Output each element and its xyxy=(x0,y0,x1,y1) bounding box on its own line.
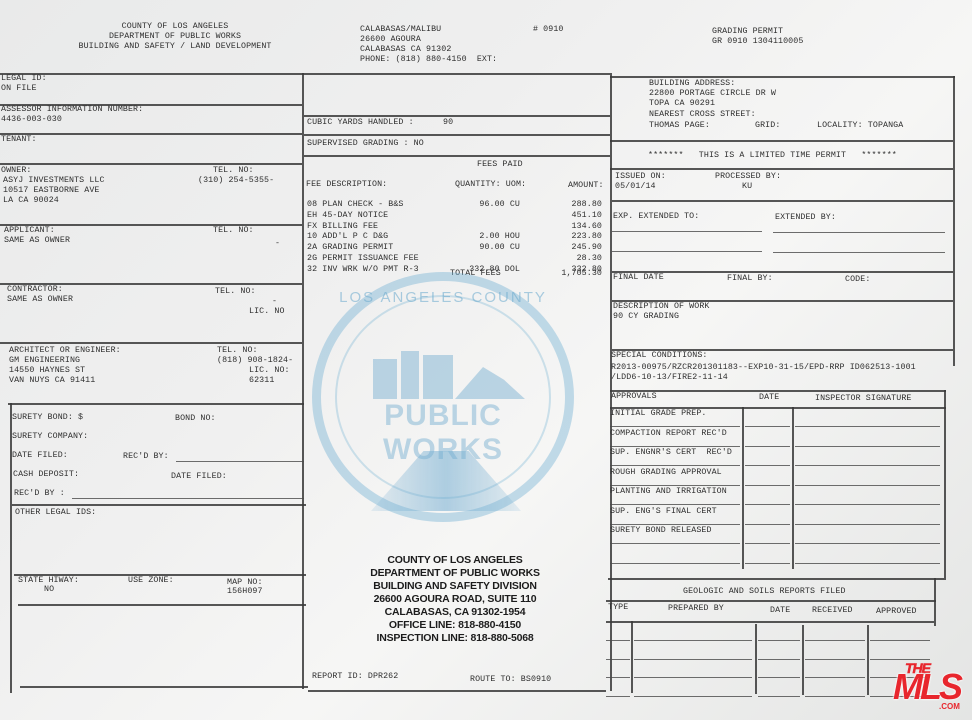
limited-time-notice: ******* THIS IS A LIMITED TIME PERMIT **… xyxy=(648,151,897,161)
architect-line-3: VAN NUYS CA 91411 xyxy=(9,376,95,386)
building-address-line-1: 22800 PORTAGE CIRCLE DR W xyxy=(649,89,776,99)
owner-tel-label: TEL. NO: xyxy=(213,166,254,176)
building-address-label: BUILDING ADDRESS: xyxy=(649,79,735,89)
architect-label: ARCHITECT OR ENGINEER: xyxy=(9,346,121,356)
office-line-2: 26600 AGOURA xyxy=(360,35,421,45)
description-of-work-value: 90 CY GRADING xyxy=(613,312,679,322)
fee-header-quantity: QUANTITY: UOM: xyxy=(455,180,526,190)
soils-row-line xyxy=(634,659,752,660)
exp-extended-label: EXP. EXTENDED TO: xyxy=(613,212,699,222)
fee-amount: 223.80 xyxy=(520,232,602,242)
inspector-signature-header: INSPECTOR SIGNATURE xyxy=(815,394,912,404)
grid-label: GRID: xyxy=(755,121,780,131)
seal-ring-text: LOS ANGELES COUNTY xyxy=(321,289,565,306)
cubic-yards-value: 90 xyxy=(443,118,453,128)
fee-amount: 28.30 xyxy=(520,254,602,264)
office-block-line-2: DEPARTMENT OF PUBLIC WORKS xyxy=(310,567,600,581)
surety-company-label: SURETY COMPANY: xyxy=(12,432,88,442)
assessor-value: 4436-003-030 xyxy=(1,115,62,125)
soils-row-line xyxy=(634,696,752,697)
architect-lic: 62311 xyxy=(249,376,274,386)
fee-amount: 134.60 xyxy=(520,222,602,232)
total-fees-value: 1,705.30 xyxy=(520,269,602,279)
date-filed-label: DATE FILED: xyxy=(12,451,68,461)
soils-date-header: DATE xyxy=(770,606,790,616)
fee-header-amount: AMOUNT: xyxy=(568,181,604,191)
contractor-lic-label: LIC. NO xyxy=(249,307,285,317)
soils-row-line xyxy=(606,696,630,697)
fee-header-description: FEE DESCRIPTION: xyxy=(306,180,387,190)
soils-row-line xyxy=(805,659,865,660)
fee-quantity: 90.00 CU xyxy=(440,243,520,253)
office-block-line-5: CALABASAS, CA 91302-1954 xyxy=(310,606,600,620)
approval-label: SUP. ENG'S FINAL CERT xyxy=(610,507,717,517)
fees-title: FEES PAID xyxy=(477,160,523,170)
soils-row-line xyxy=(870,640,930,641)
issued-on-label: ISSUED ON: xyxy=(615,172,666,182)
owner-line-2: 10517 EASTBORNE AVE xyxy=(3,186,100,196)
architect-line-1: GM ENGINEERING xyxy=(9,356,80,366)
office-number: # 0910 xyxy=(533,25,563,35)
bond-no-label: BOND NO: xyxy=(175,414,216,424)
cross-street-label: NEAREST CROSS STREET: xyxy=(649,110,756,120)
soils-type-header: TYPE xyxy=(608,603,628,613)
soils-row-line xyxy=(634,677,752,678)
fee-quantity: 2.00 HOU xyxy=(440,232,520,242)
soils-received-header: RECEIVED xyxy=(812,606,853,616)
soils-row-line xyxy=(805,696,865,697)
supervised-grading: SUPERVISED GRADING : NO xyxy=(307,139,424,149)
owner-tel: (310) 254-5355- xyxy=(198,176,274,186)
soils-reports-title: GEOLOGIC AND SOILS REPORTS FILED xyxy=(683,587,846,597)
processed-by-value: KU xyxy=(742,182,752,192)
special-conditions-line-2: /LDD6-10-13/FIRE2-11-14 xyxy=(611,373,728,383)
recd-by-2-label: REC'D BY : xyxy=(14,489,65,499)
soils-row-line xyxy=(634,640,752,641)
office-block-line-7: INSPECTION LINE: 818-880-5068 xyxy=(310,632,600,646)
cubic-yards-label: CUBIC YARDS HANDLED : xyxy=(307,118,414,128)
approvals-header: APPROVALS xyxy=(611,392,657,402)
architect-tel: (818) 908-1824- xyxy=(217,356,293,366)
code-label: CODE: xyxy=(845,275,870,285)
soils-row-line xyxy=(758,696,800,697)
agency-line-1: COUNTY OF LOS ANGELES xyxy=(60,22,290,32)
office-line-1: CALABASAS/MALIBU xyxy=(360,25,441,35)
owner-label: OWNER: xyxy=(1,166,31,176)
office-block-line-4: 26600 AGOURA ROAD, SUITE 110 xyxy=(310,593,600,607)
architect-line-2: 14550 HAYNES ST xyxy=(9,366,85,376)
report-id: REPORT ID: DPR262 xyxy=(312,672,398,682)
office-line-3: CALABASAS CA 91302 xyxy=(360,45,451,55)
soils-row-line xyxy=(805,640,865,641)
mls-com-text: .COM xyxy=(939,702,960,711)
fee-description: 10 ADD'L P C D&G xyxy=(307,232,388,242)
fee-description: EH 45-DAY NOTICE xyxy=(307,211,388,221)
agency-line-3: BUILDING AND SAFETY / LAND DEVELOPMENT xyxy=(40,42,310,52)
processed-by-label: PROCESSED BY: xyxy=(715,172,781,182)
contractor-label: CONTRACTOR: xyxy=(7,285,63,295)
fee-amount: 288.80 xyxy=(520,200,602,210)
soils-row-line xyxy=(758,677,800,678)
final-by-label: FINAL BY: xyxy=(727,274,773,284)
agency-line-2: DEPARTMENT OF PUBLIC WORKS xyxy=(60,32,290,42)
mls-main-text: MLS xyxy=(893,669,960,705)
soils-row-line xyxy=(805,677,865,678)
approval-label: COMPACTION REPORT REC'D xyxy=(610,429,727,439)
approval-label: INITIAL GRADE PREP. xyxy=(610,409,707,419)
office-block-line-3: BUILDING AND SAFETY DIVISION xyxy=(310,580,600,594)
architect-tel-label: TEL. NO: xyxy=(217,346,258,356)
office-block-line-6: OFFICE LINE: 818-880-4150 xyxy=(310,619,600,633)
fee-amount: 245.90 xyxy=(520,243,602,253)
soils-row-line xyxy=(758,640,800,641)
soils-row-line xyxy=(606,640,630,641)
soils-prepared-by-header: PREPARED BY xyxy=(668,604,724,614)
contractor-tel: - xyxy=(272,297,277,307)
approval-label: SUP. ENGNR'S CERT REC'D xyxy=(610,448,732,458)
applicant-value: SAME AS OWNER xyxy=(4,236,70,246)
approval-label: PLANTING AND IRRIGATION xyxy=(610,487,727,497)
cash-deposit-label: CASH DEPOSIT: xyxy=(13,470,79,480)
approvals-date-header: DATE xyxy=(759,393,779,403)
fee-quantity: 96.00 CU xyxy=(440,200,520,210)
approval-label: ROUGH GRADING APPROVAL xyxy=(610,468,722,478)
applicant-tel-label: TEL. NO: xyxy=(213,226,254,236)
contractor-tel-label: TEL. NO: xyxy=(215,287,256,297)
office-line-4: PHONE: (818) 880-4150 EXT: xyxy=(360,55,497,65)
applicant-label: APPLICANT: xyxy=(4,226,55,236)
fee-description: 2A GRADING PERMIT xyxy=(307,243,393,253)
building-address-line-2: TOPA CA 90291 xyxy=(649,99,715,109)
special-conditions-label: SPECIAL CONDITIONS: xyxy=(611,351,708,361)
state-hiway-value: NO xyxy=(44,585,54,595)
fee-description: 08 PLAN CHECK - B&S xyxy=(307,200,404,210)
soils-row-line xyxy=(606,659,630,660)
fee-description: 2G PERMIT ISSUANCE FEE xyxy=(307,254,419,264)
mls-watermark-logo: THE MLS .COM xyxy=(893,660,965,714)
soils-row-line xyxy=(758,659,800,660)
date-filed-2-label: DATE FILED: xyxy=(171,472,227,482)
legal-id-label: LEGAL ID: xyxy=(1,74,47,84)
architect-lic-label: LIC. NO: xyxy=(249,366,290,376)
office-block-line-1: COUNTY OF LOS ANGELES xyxy=(310,554,600,568)
owner-line-3: LA CA 90024 xyxy=(3,196,59,206)
final-date-label: FINAL DATE xyxy=(613,273,664,283)
surety-bond-label: SURETY BOND: $ xyxy=(12,413,83,423)
soils-row-line xyxy=(606,677,630,678)
fee-amount: 451.10 xyxy=(520,211,602,221)
soils-approved-header: APPROVED xyxy=(876,607,917,617)
applicant-tel: - xyxy=(275,239,280,249)
assessor-label: ASSESSOR INFORMATION NUMBER: xyxy=(1,105,143,115)
public-works-seal: LOS ANGELES COUNTY PUBLIC WORKS xyxy=(312,272,574,522)
locality-label: LOCALITY: TOPANGA xyxy=(817,121,903,131)
legal-id-value: ON FILE xyxy=(1,84,37,94)
owner-line-1: ASYJ INVESTMENTS LLC xyxy=(3,176,105,186)
permit-number: GR 0910 1304110005 xyxy=(712,37,803,47)
approval-label: SURETY BOND RELEASED xyxy=(610,526,712,536)
extended-by-label: EXTENDED BY: xyxy=(775,213,836,223)
use-zone-label: USE ZONE: xyxy=(128,576,174,586)
thomas-page-label: THOMAS PAGE: xyxy=(649,121,710,131)
tenant-label: TENANT: xyxy=(1,135,37,145)
description-of-work-label: DESCRIPTION OF WORK xyxy=(613,302,710,312)
route-to: ROUTE TO: BS0910 xyxy=(470,675,551,685)
contractor-value: SAME AS OWNER xyxy=(7,295,73,305)
permit-type: GRADING PERMIT xyxy=(712,27,783,37)
recd-by-label: REC'D BY: xyxy=(123,452,169,462)
fee-description: FX BILLING FEE xyxy=(307,222,378,232)
issued-on-value: 05/01/14 xyxy=(615,182,656,192)
map-no-value: 156H097 xyxy=(227,587,263,597)
special-conditions-line-1: R2013-00975/RZCR201301183--EXP10-31-15/E… xyxy=(611,363,916,373)
fee-description: 32 INV WRK W/O PMT R-3 xyxy=(307,265,419,275)
other-legal-label: OTHER LEGAL IDS: xyxy=(15,508,96,518)
